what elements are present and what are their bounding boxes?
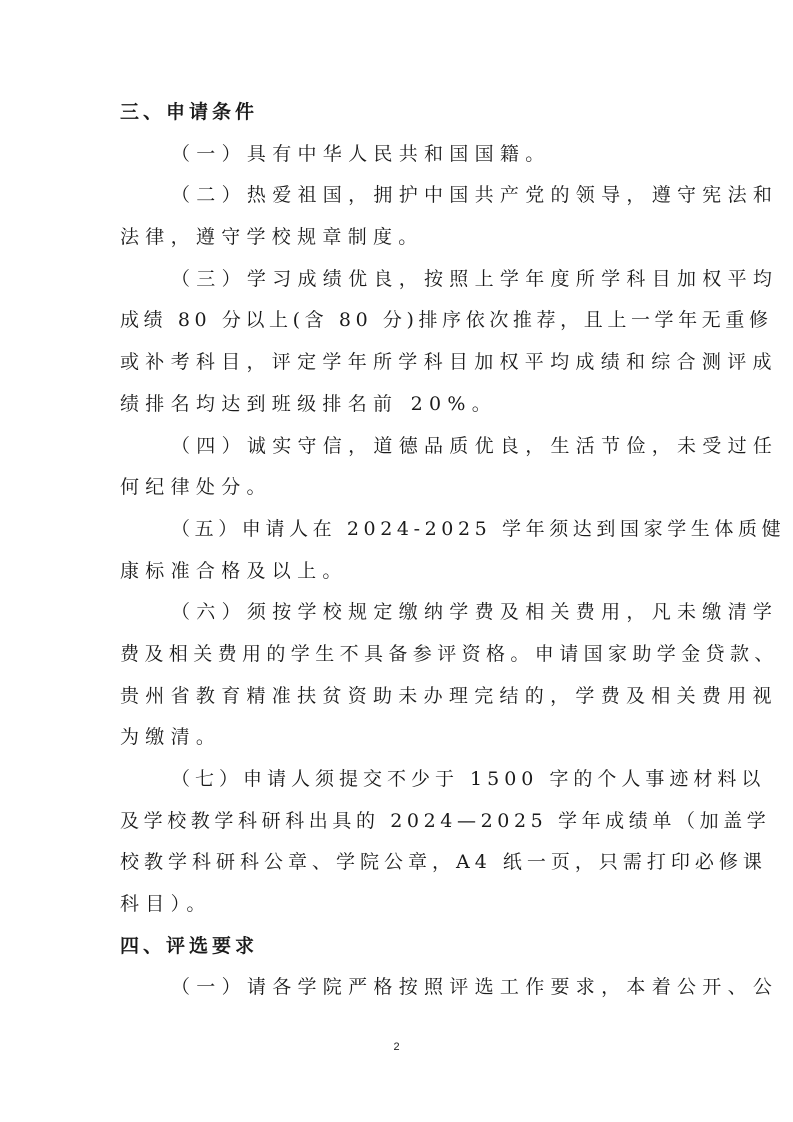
paragraph-line: 贵州省教育精准扶贫资助未办理完结的，学费及相关费用视 bbox=[120, 676, 676, 718]
paragraph-line: 或补考科目，评定学年所学科目加权平均成绩和综合测评成 bbox=[120, 342, 676, 384]
paragraph-line: 法律，遵守学校规章制度。 bbox=[120, 217, 676, 259]
paragraph-line: （七）申请人须提交不少于 1500 字的个人事迹材料以 bbox=[120, 759, 676, 801]
paragraph-line: 成绩 80 分以上(含 80 分)排序依次推荐，且上一学年无重修 bbox=[120, 300, 676, 342]
section-heading-selection-requirements: 四、评选要求 bbox=[120, 926, 676, 968]
paragraph-line: 费及相关费用的学生不具备参评资格。申请国家助学金贷款、 bbox=[120, 634, 676, 676]
paragraph-line: 校教学科研科公章、学院公章，A4 纸一页，只需打印必修课 bbox=[120, 842, 676, 884]
paragraph-line: 何纪律处分。 bbox=[120, 467, 676, 509]
paragraph-line: （一）具有中华人民共和国国籍。 bbox=[120, 134, 676, 176]
page-number: 2 bbox=[0, 1041, 793, 1053]
paragraph-line: （一）请各学院严格按照评选工作要求，本着公开、公 bbox=[120, 967, 676, 1009]
paragraph-line: （六）须按学校规定缴纳学费及相关费用，凡未缴清学 bbox=[120, 592, 676, 634]
paragraph-line: 及学校教学科研科出具的 2024—2025 学年成绩单（加盖学 bbox=[120, 801, 676, 843]
paragraph-line: 康标准合格及以上。 bbox=[120, 551, 676, 593]
section-heading-application-conditions: 三、申请条件 bbox=[120, 92, 676, 134]
document-page: 三、申请条件 （一）具有中华人民共和国国籍。 （二）热爱祖国，拥护中国共产党的领… bbox=[0, 0, 793, 1122]
paragraph-line: 为缴清。 bbox=[120, 717, 676, 759]
paragraph-line: （二）热爱祖国，拥护中国共产党的领导，遵守宪法和 bbox=[120, 175, 676, 217]
paragraph-line: （五）申请人在 2024-2025 学年须达到国家学生体质健 bbox=[120, 509, 676, 551]
paragraph-line: 科目）。 bbox=[120, 884, 676, 926]
paragraph-line: （三）学习成绩优良，按照上学年度所学科目加权平均 bbox=[120, 259, 676, 301]
document-body: 三、申请条件 （一）具有中华人民共和国国籍。 （二）热爱祖国，拥护中国共产党的领… bbox=[120, 92, 676, 1009]
paragraph-line: （四）诚实守信，道德品质优良，生活节俭，未受过任 bbox=[120, 426, 676, 468]
paragraph-line: 绩排名均达到班级排名前 20%。 bbox=[120, 384, 676, 426]
